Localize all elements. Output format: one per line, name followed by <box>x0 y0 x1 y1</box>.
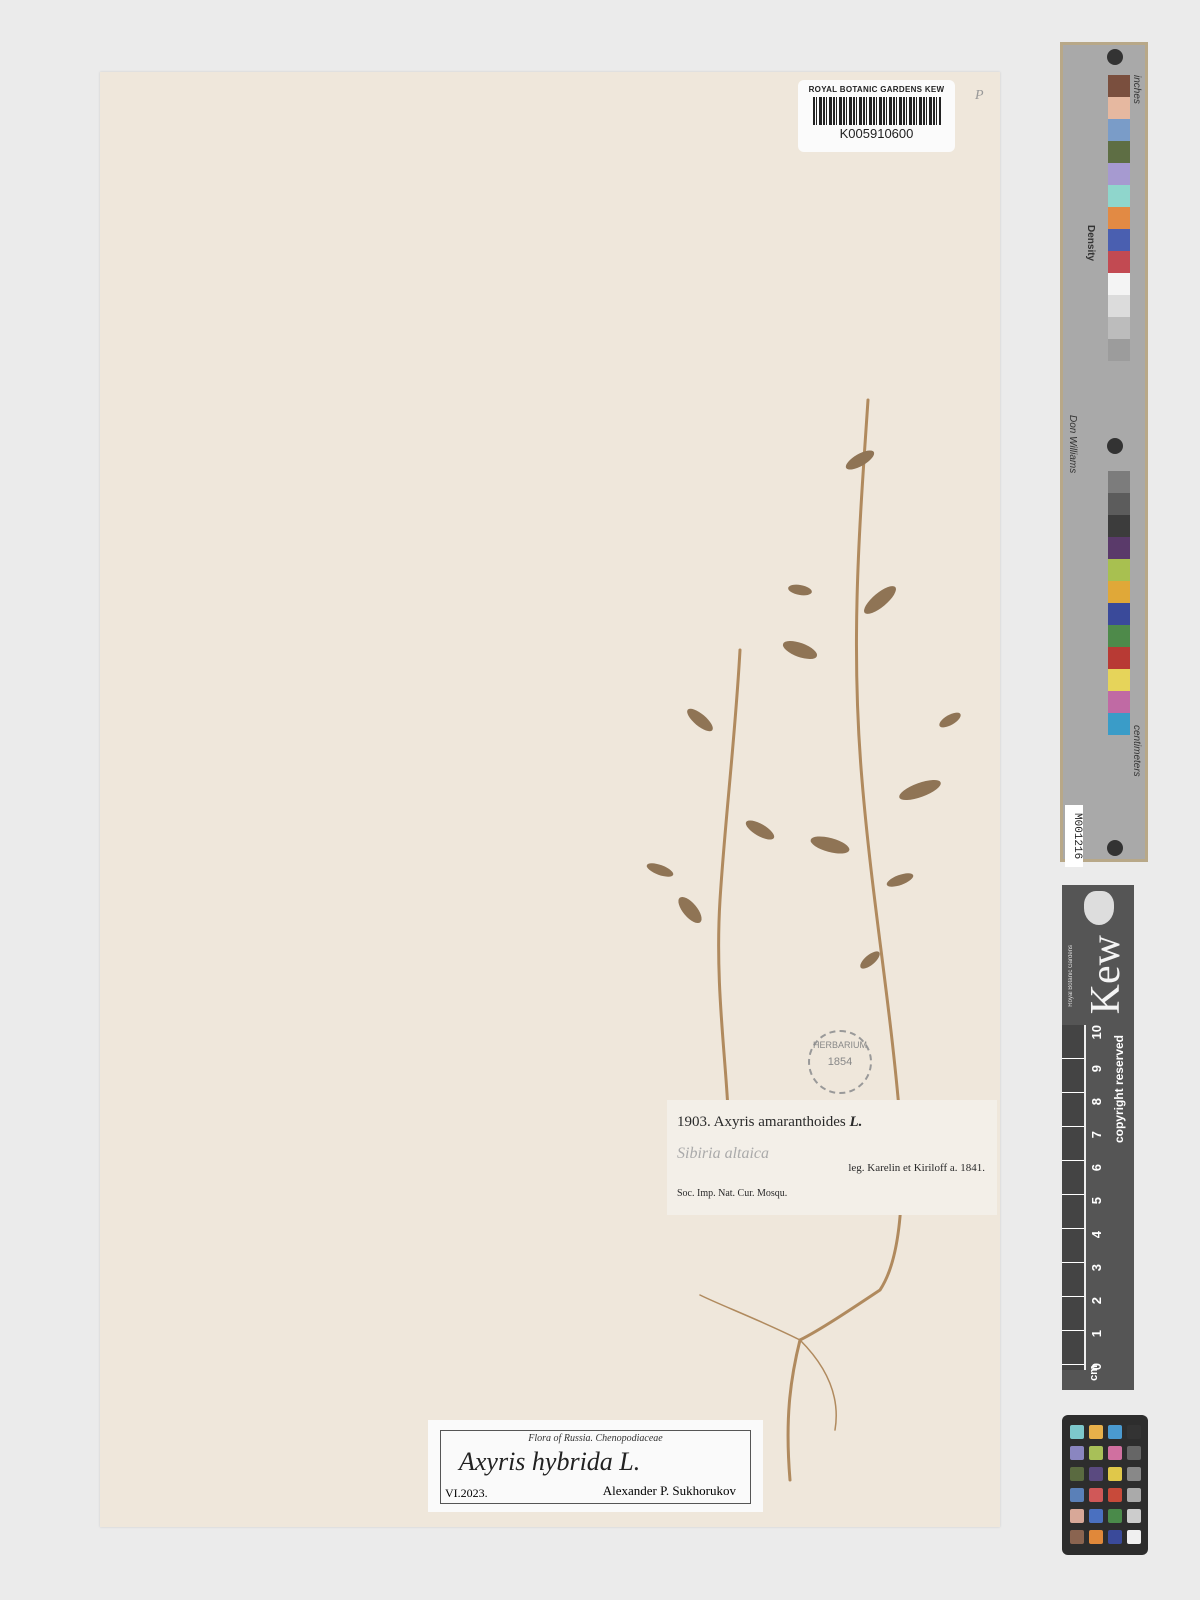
barcode-icon <box>813 97 941 125</box>
barcode-label: ROYAL BOTANIC GARDENS KEW K005910600 <box>798 80 955 152</box>
centimeters-label: centimeters <box>1131 725 1142 777</box>
ruler-hole-icon <box>1107 49 1123 65</box>
barcode-number: K005910600 <box>798 126 955 141</box>
original-specimen-label: 1903. Axyris amaranthoides L. Sibiria al… <box>667 1100 997 1215</box>
det-date: VI.2023. <box>445 1486 488 1501</box>
corner-mark: P <box>975 88 984 104</box>
institution-name: ROYAL BOTANIC GARDENS KEW <box>798 85 955 94</box>
cm-scale-bar <box>1062 1025 1086 1370</box>
det-determiner: Alexander P. Sukhorukov <box>603 1483 736 1499</box>
copyright-text: copyright reserved <box>1112 1035 1126 1143</box>
kew-scale-panel: Royal Botanic Gardens Kew copyright rese… <box>1062 885 1134 1390</box>
det-taxon-handwritten: Axyris hybrida L. <box>459 1447 640 1477</box>
collector-line: leg. Karelin et Kiriloff a. 1841. <box>848 1162 985 1174</box>
density-label: Density <box>1085 225 1096 261</box>
color-checker-card <box>1062 1415 1148 1555</box>
inches-label: inches <box>1131 75 1142 104</box>
society-line: Soc. Imp. Nat. Cur. Mosqu. <box>677 1188 787 1199</box>
kew-logo: Kew <box>1082 935 1130 1014</box>
royal-crest-icon <box>1084 891 1114 925</box>
color-ruler: inches Density Don Williams centimeters … <box>1060 42 1148 862</box>
herbarium-stamp: HERBARIUM 1854 <box>808 1030 872 1094</box>
brand-label: Don Williams <box>1067 415 1078 473</box>
pressed-plant-specimen <box>0 0 1200 1600</box>
cm-scale-numbers: 0 1 2 3 4 5 6 7 8 9 10 <box>1086 1025 1106 1370</box>
ruler-hole-icon <box>1107 840 1123 856</box>
cm-unit-label: cm <box>1088 1365 1100 1381</box>
color-swatches <box>1108 75 1130 735</box>
kew-subtitle: Royal Botanic Gardens <box>1068 945 1074 1007</box>
ruler-code: M001216 <box>1065 805 1083 867</box>
label-title: 1903. Axyris amaranthoides L. <box>677 1114 862 1131</box>
locality-handwritten: Sibiria altaica <box>677 1145 769 1163</box>
determination-label: Flora of Russia. Chenopodiaceae Axyris h… <box>428 1420 763 1512</box>
det-header: Flora of Russia. Chenopodiaceae <box>441 1433 750 1444</box>
